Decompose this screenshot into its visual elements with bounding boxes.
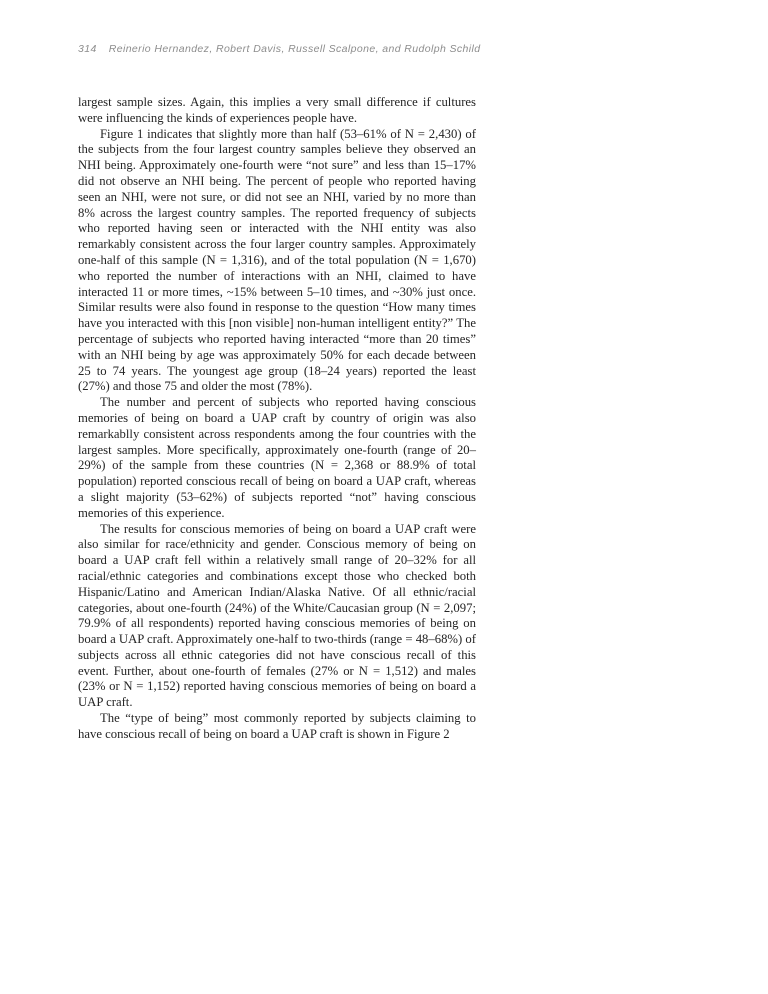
running-title: Reinerio Hernandez, Robert Davis, Russel… — [109, 43, 481, 56]
body-paragraph: Figure 1 indicates that slightly more th… — [78, 127, 476, 396]
page-number: 314 — [78, 43, 97, 56]
running-head: 314 Reinerio Hernandez, Robert Davis, Ru… — [78, 43, 498, 56]
body-paragraph: largest sample sizes. Again, this implie… — [78, 95, 476, 127]
article-body: largest sample sizes. Again, this implie… — [78, 95, 476, 743]
body-paragraph: The results for conscious memories of be… — [78, 522, 476, 712]
body-paragraph: The “type of being” most commonly report… — [78, 711, 476, 743]
body-paragraph: The number and percent of subjects who r… — [78, 395, 476, 521]
paper-page: 314 Reinerio Hernandez, Robert Davis, Ru… — [0, 0, 768, 994]
